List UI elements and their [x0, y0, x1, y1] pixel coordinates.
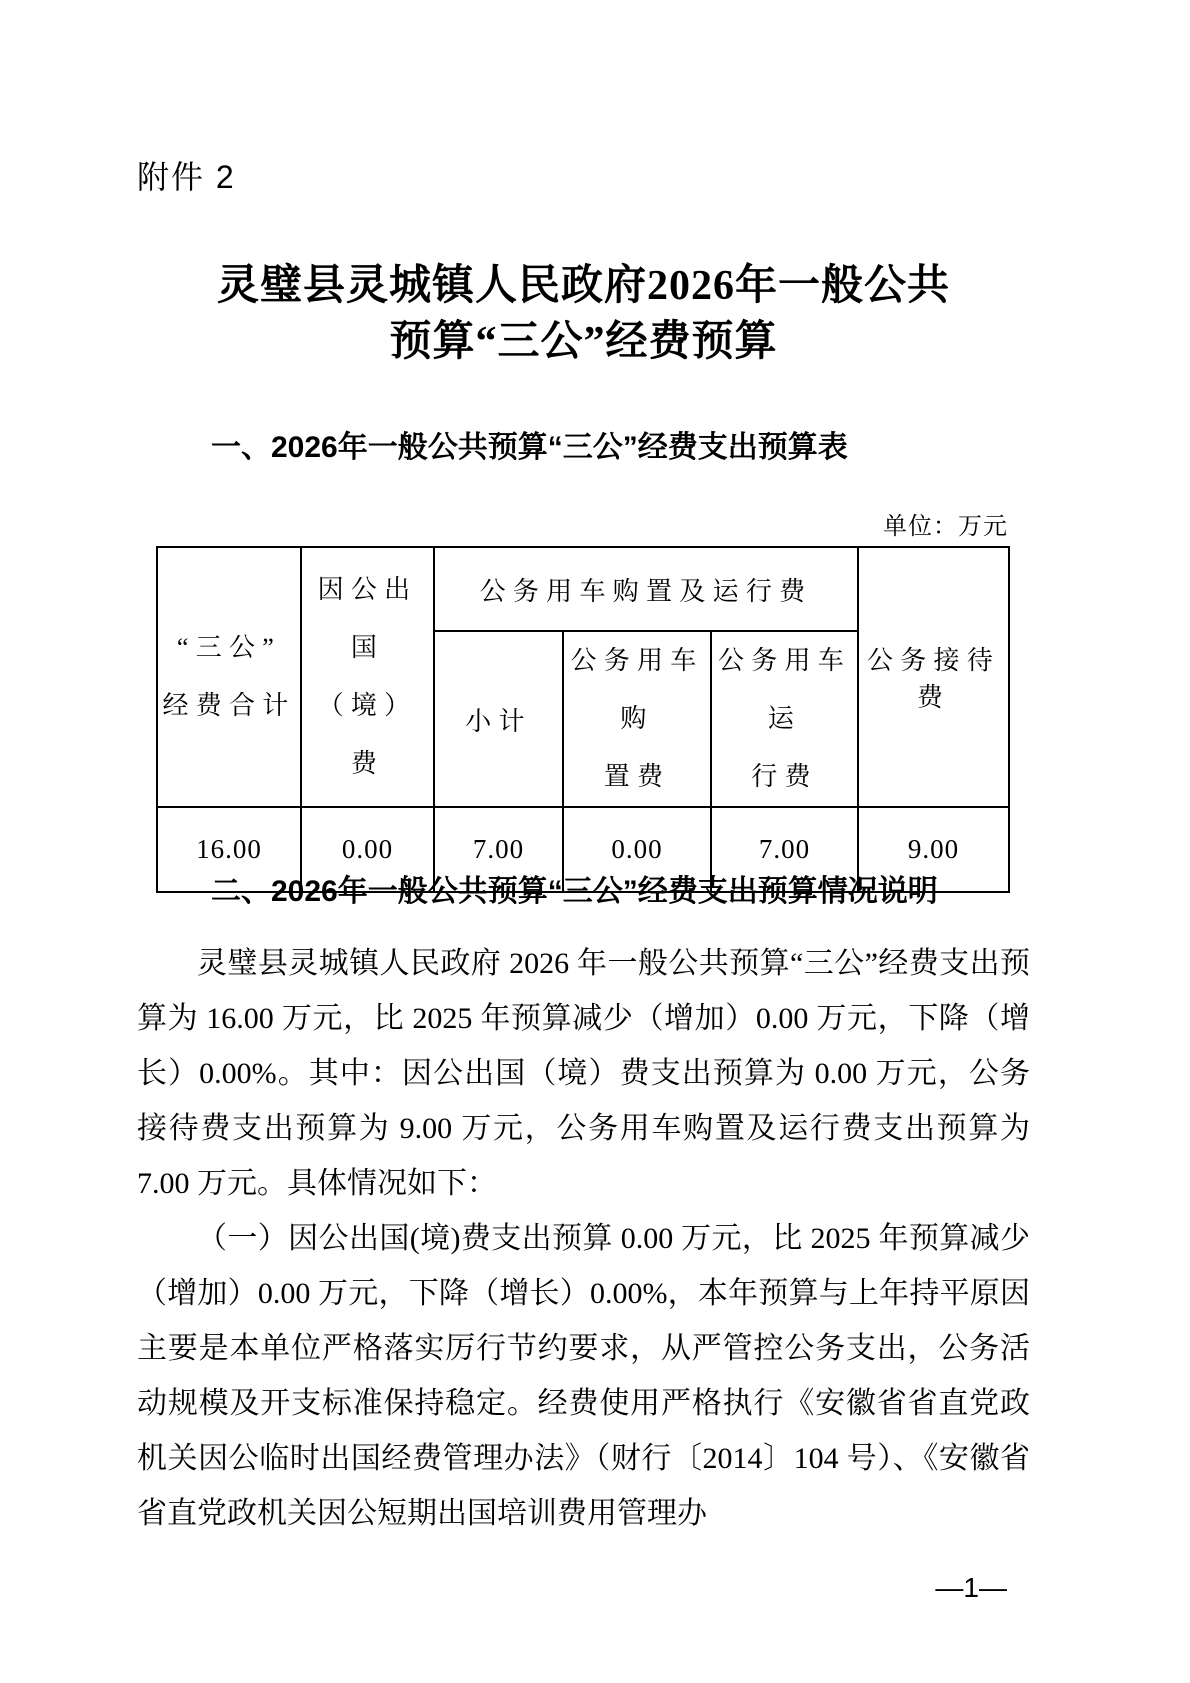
body-paragraph-2: （一）因公出国(境)费支出预算 0.00 万元，比 2025 年预算减少（增加）… — [137, 1211, 1030, 1541]
body-text: 灵璧县灵城镇人民政府 2026 年一般公共预算“三公”经费支出预算为 16.00… — [137, 936, 1030, 1541]
header-sangong-total-line2: 经费合计 — [158, 677, 300, 735]
unit-note: 单位：万元 — [156, 506, 1008, 541]
header-reception-fee: 公务接待费 — [858, 547, 1009, 807]
header-vehicle-subtotal: 小计 — [434, 631, 563, 807]
budget-table: “三公” 经费合计 因公出国 （境）费 公务用车购置及运行费 公务接待费 小计 … — [156, 546, 1010, 893]
header-abroad-fee-line2: （境）费 — [302, 677, 433, 793]
header-vehicle-operation-line1: 公务用车运 — [712, 632, 857, 748]
header-sangong-total-line1: “三公” — [158, 619, 300, 677]
page-number: —1— — [935, 1572, 1007, 1604]
header-abroad-fee-line1: 因公出国 — [302, 561, 433, 677]
header-abroad-fee: 因公出国 （境）费 — [301, 547, 434, 807]
header-vehicle-operation: 公务用车运 行费 — [711, 631, 858, 807]
body-paragraph-1: 灵璧县灵城镇人民政府 2026 年一般公共预算“三公”经费支出预算为 16.00… — [137, 936, 1030, 1211]
document-title-line1: 灵璧县灵城镇人民政府2026年一般公共 — [137, 258, 1030, 314]
attachment-label: 附件 2 — [137, 152, 236, 198]
header-vehicle-operation-line2: 行费 — [712, 748, 857, 806]
document-title-line2: 预算“三公”经费预算 — [137, 314, 1030, 370]
header-vehicle-group: 公务用车购置及运行费 — [434, 547, 858, 631]
header-vehicle-purchase-line1: 公务用车购 — [564, 632, 710, 748]
header-vehicle-purchase-line2: 置费 — [564, 748, 710, 806]
table-header-row-1: “三公” 经费合计 因公出国 （境）费 公务用车购置及运行费 公务接待费 — [157, 547, 1009, 631]
header-vehicle-purchase: 公务用车购 置费 — [563, 631, 711, 807]
header-sangong-total: “三公” 经费合计 — [157, 547, 301, 807]
document-title: 灵璧县灵城镇人民政府2026年一般公共 预算“三公”经费预算 — [137, 258, 1030, 370]
section-1-heading: 一、2026年一般公共预算“三公”经费支出预算表 — [137, 422, 1030, 466]
document-page: 附件 2 灵璧县灵城镇人民政府2026年一般公共 预算“三公”经费预算 一、20… — [0, 0, 1190, 1683]
section-2-heading: 二、2026年一般公共预算“三公”经费支出预算情况说明 — [137, 866, 1030, 910]
